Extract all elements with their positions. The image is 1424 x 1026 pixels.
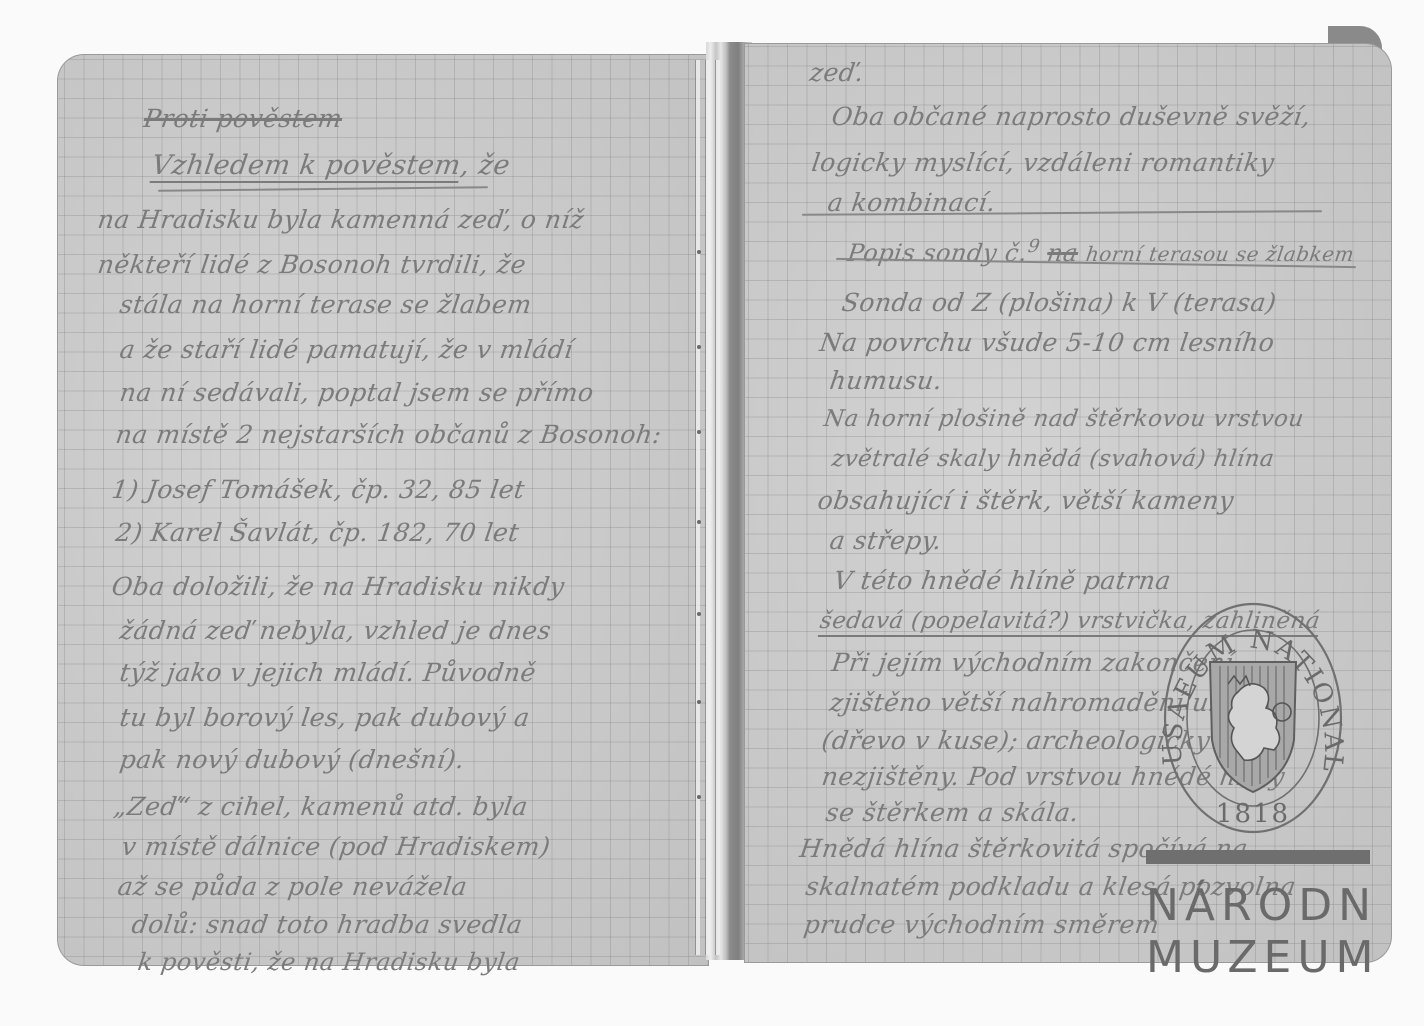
text-line: zeď. (808, 58, 866, 87)
text-line: a střepy. (828, 526, 944, 555)
text-line: až se půda z pole nevážela (116, 872, 469, 901)
museum-stamp: MUSAEUM NATIONALE 1818 (1158, 600, 1348, 840)
list-item: 2) Karel Šavlát, čp. 182, 70 let (114, 518, 521, 547)
text-line: (dřevo v kuse); archeologicky (820, 726, 1212, 755)
notebook-scan: Proti pověstem Vzhledem k pověstem, že n… (0, 0, 1424, 1026)
text-line: k pověsti, že na Hradisku byla (136, 948, 522, 976)
stitch-hole (697, 250, 701, 254)
section-heading-prefix: Popis sondy č. (846, 239, 1029, 267)
text-line: obsahující i štěrk, větší kameny (816, 486, 1236, 515)
torn-page-edges (690, 60, 724, 955)
text-line: humusu. (828, 366, 944, 395)
stamp-seal-icon: MUSAEUM NATIONALE 1818 (1158, 600, 1348, 840)
svg-text:1818: 1818 (1216, 799, 1290, 829)
text-line: týž jako v jejich mládí. Původně (118, 658, 538, 687)
text-line: Na povrchu všude 5-10 cm lesního (818, 328, 1277, 357)
heading: Vzhledem k pověstem, že (150, 150, 512, 181)
text-line: Sonda od Z (plošina) k V (terasa) (840, 288, 1278, 317)
heading-tail: , že (459, 150, 513, 181)
stitch-hole (697, 612, 701, 616)
text-line: žádná zeď nebyla, vzhled je dnes (118, 616, 553, 645)
stitch-hole (697, 795, 701, 799)
heading-text: Vzhledem k pověstem (150, 150, 463, 181)
text-line: logicky myslící, vzdáleni romantiky (810, 148, 1276, 177)
text-line: V této hnědé hlíně patrna (832, 566, 1173, 595)
text-line: dolů: snad toto hradba svedla (130, 910, 524, 939)
stitch-hole (697, 520, 701, 524)
museum-logo: NÁRODNÍ MUZEUM (1140, 840, 1370, 1000)
stitch-hole (697, 430, 701, 434)
list-item: 1) Josef Tomášek, čp. 32, 85 let (110, 475, 527, 504)
text-line: se štěrkem a skála. (824, 798, 1081, 827)
text-line: a že staří lidé pamatují, že v mládí (118, 335, 575, 364)
stitch-hole (697, 345, 701, 349)
text-line: na ní sedávali, poptal jsem se přímo (118, 378, 596, 407)
text-line: Na horní plošině nad štěrkovou vrstvou (822, 406, 1305, 432)
text-line: na místě 2 nejstarších občanů z Bosonoh: (114, 420, 664, 449)
left-page (58, 55, 708, 965)
text-line: tu byl borový les, pak dubový a (118, 703, 532, 732)
probe-number: 9 (1027, 236, 1042, 257)
struck-heading-text: Proti pověstem (142, 104, 344, 133)
text-line: na Hradisku byla kamenná zeď, o níž (96, 205, 586, 234)
text-line: Oba doložili, že na Hradisku nikdy (110, 572, 567, 601)
text-line: zvětralé skaly hnědá (svahová) hlína (830, 446, 1276, 472)
text-line: pak nový dubový (dnešní). (118, 745, 467, 774)
logo-line-1: NÁRODNÍ (1146, 884, 1370, 928)
text-line: prudce východním směrem (802, 910, 1161, 939)
logo-bar (1146, 850, 1370, 864)
text-line: někteří lidé z Bosonoh tvrdili, že (96, 250, 528, 279)
text-line: stála na horní terase se žlabem (118, 290, 534, 319)
stitch-hole (697, 700, 701, 704)
struck-heading: Proti pověstem (142, 104, 344, 133)
text-line: Oba občané naprosto duševně svěží, (830, 102, 1313, 131)
text-line: v místě dálnice (pod Hradiskem) (120, 832, 552, 861)
logo-line-2: MUZEUM (1146, 936, 1370, 980)
text-line: „Zeď“ z cihel, kamenů atd. byla (112, 792, 530, 821)
